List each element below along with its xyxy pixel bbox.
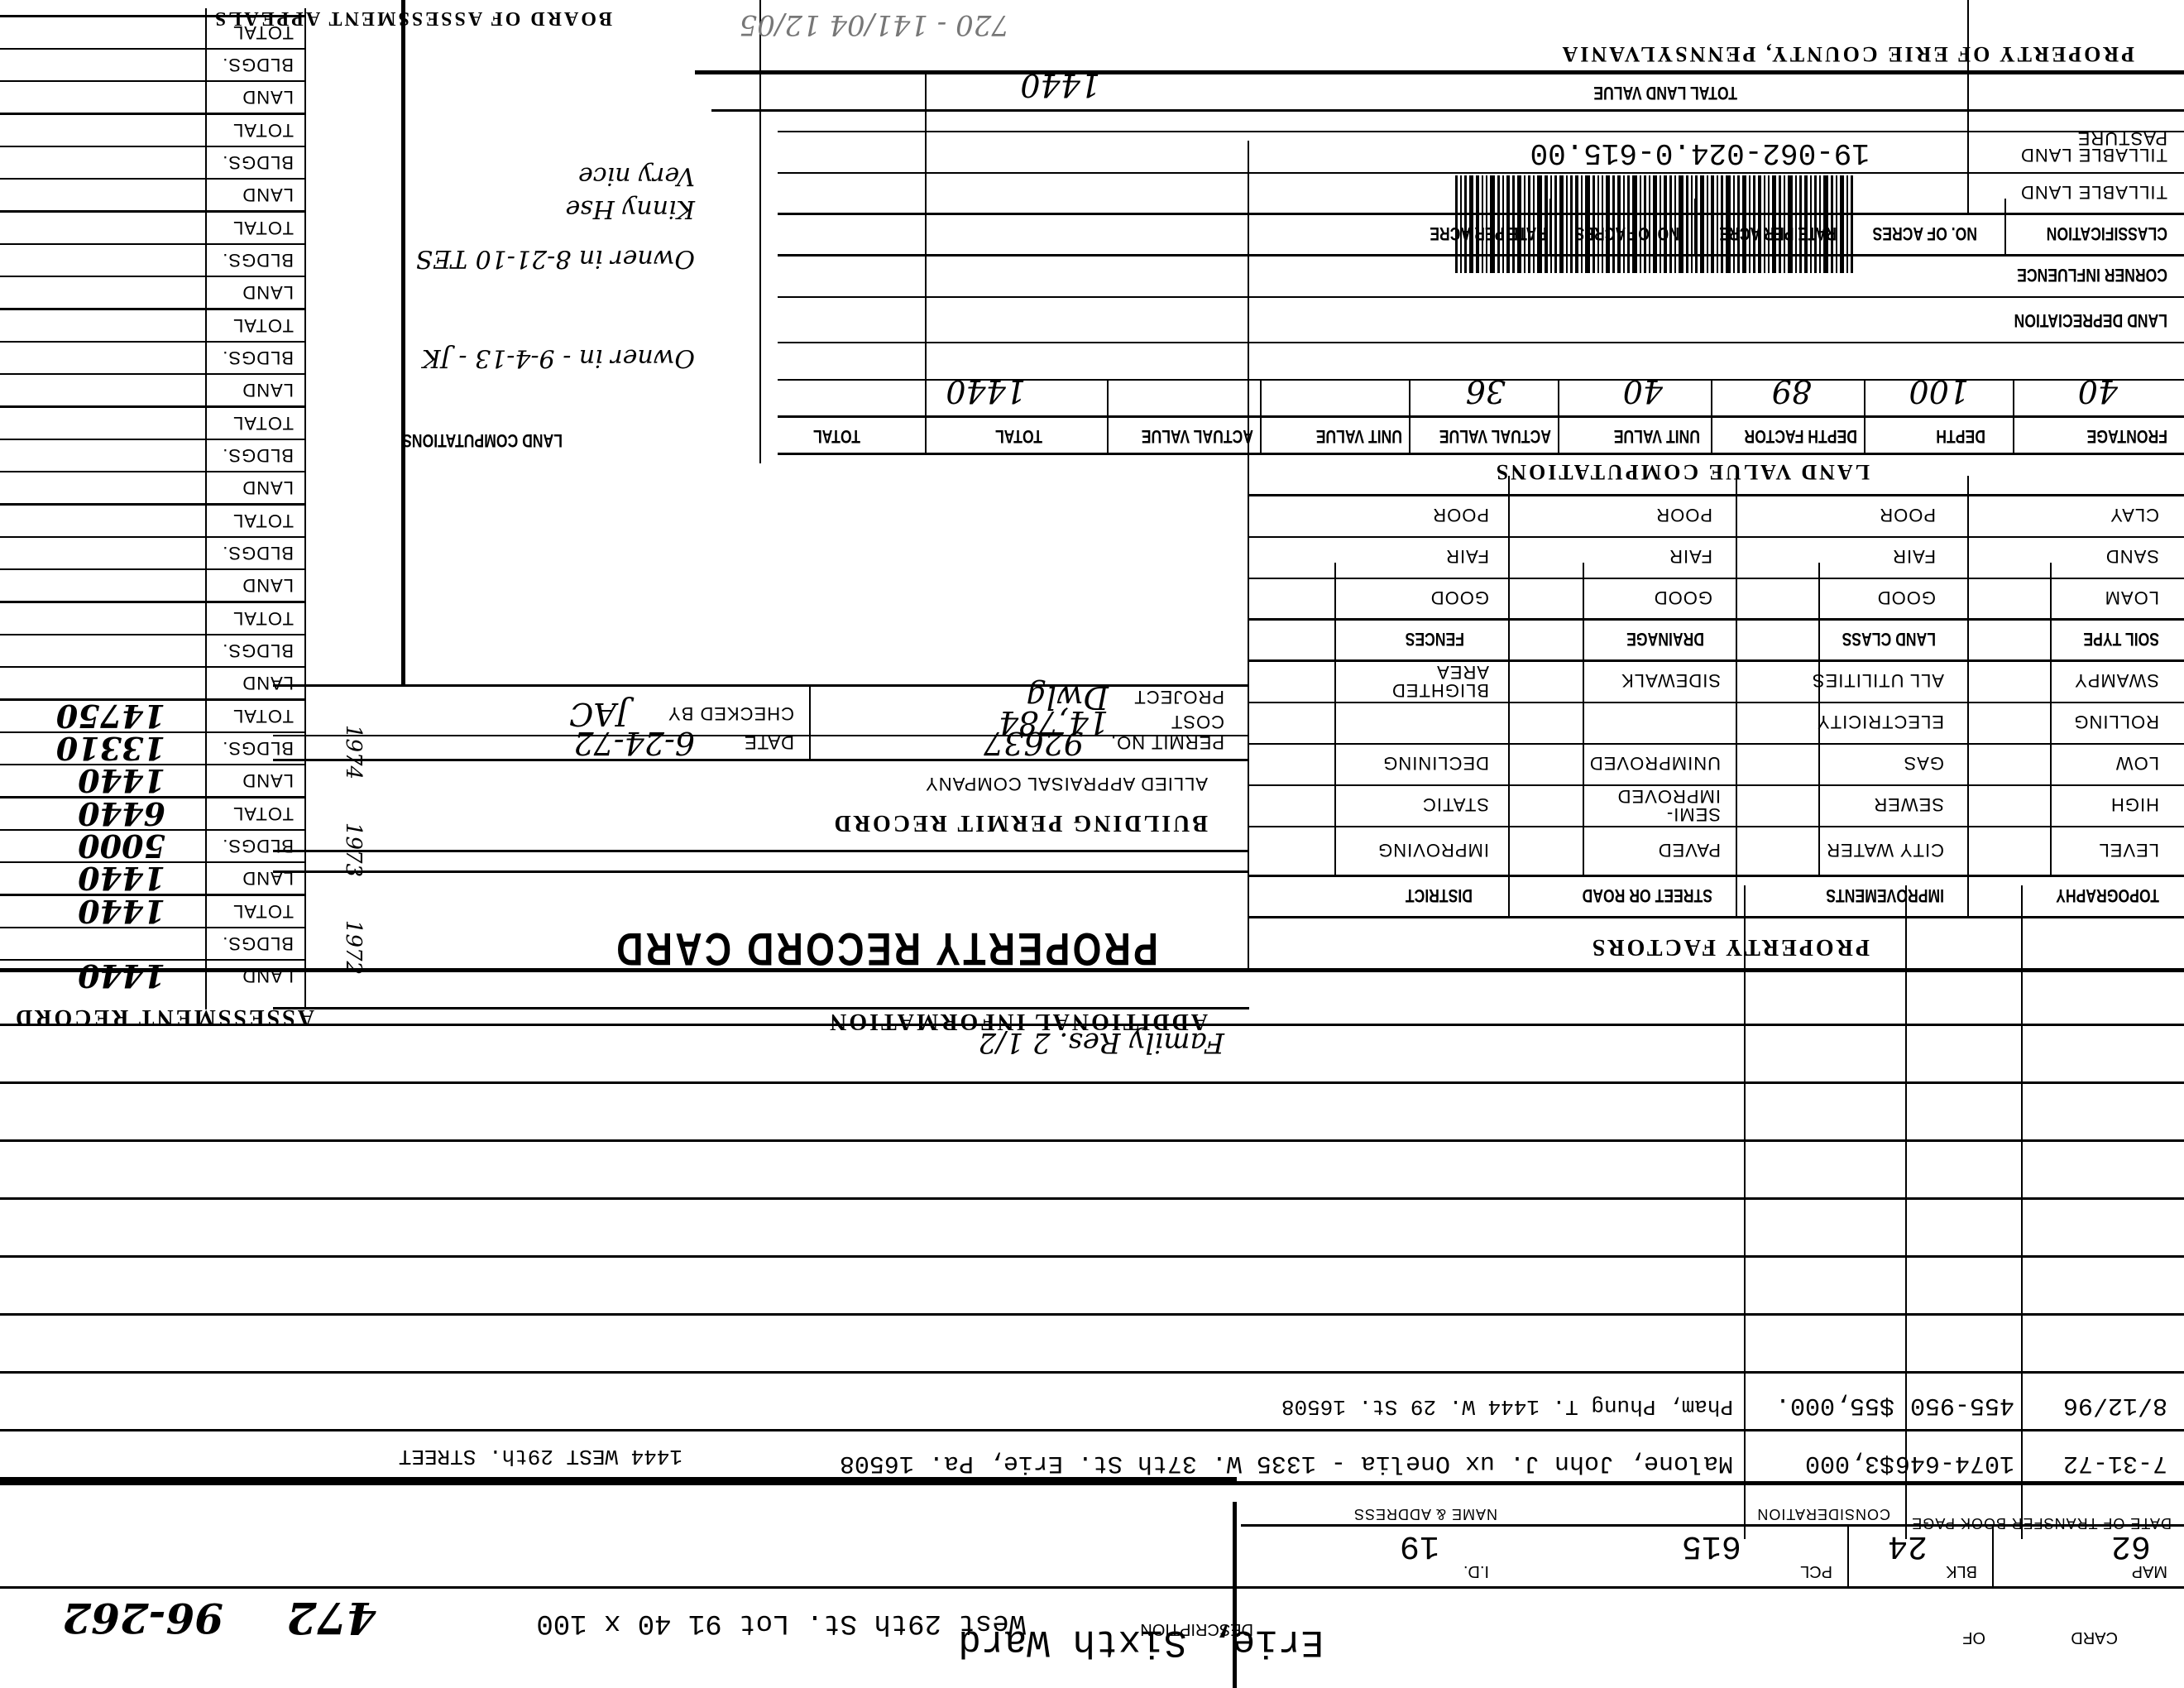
book-page-header: BOOK PAGE bbox=[1915, 1516, 2006, 1531]
corner-influence-label: CORNER INFLUENCE bbox=[2017, 264, 2167, 285]
land-note-2: Owner in 8-21-10 TES bbox=[416, 244, 695, 273]
additional-info-note: Family Res. 2 1/2 bbox=[979, 1026, 1225, 1059]
checked-by-label: CHECKED BY bbox=[668, 703, 794, 724]
district-header: DISTRICT bbox=[1406, 885, 1473, 906]
land-note-3: Kinny Hse bbox=[566, 194, 695, 223]
total-land-value-entry: 1440 bbox=[1020, 67, 1100, 103]
total-header-2: TOTAL bbox=[813, 425, 860, 447]
assessment-row-label: LAND bbox=[242, 672, 294, 693]
assessment-row-label: LAND bbox=[242, 770, 294, 791]
land-note-4: Very nice bbox=[578, 161, 695, 190]
pcl-label: PCL bbox=[1800, 1561, 1832, 1580]
record-card-title: PROPERTY RECORD CARD bbox=[614, 923, 1158, 976]
handwritten-96-262: 96-262 bbox=[62, 1594, 223, 1642]
cost-label: COST bbox=[1171, 711, 1224, 732]
map-value: 62 bbox=[2111, 1527, 2151, 1564]
assessment-row-label: LAND bbox=[242, 184, 294, 205]
checked-by-value: JAC bbox=[569, 696, 629, 732]
assessment-value: 1440 bbox=[78, 893, 165, 930]
id-label: I.D. bbox=[1463, 1561, 1489, 1580]
soil-type-header: SOIL TYPE bbox=[2083, 628, 2159, 650]
assessment-row-label: TOTAL bbox=[232, 705, 294, 727]
assessment-row-label: TOTAL bbox=[232, 22, 294, 43]
assessment-year-note: 1973 bbox=[341, 822, 366, 877]
assessment-value: 6440 bbox=[78, 795, 165, 832]
classification-header: CLASSIFICATION bbox=[2047, 223, 2167, 244]
assessment-row-label: TOTAL bbox=[232, 314, 294, 336]
assessment-row-label: LAND bbox=[242, 574, 294, 596]
assessment-row-label: TOTAL bbox=[232, 119, 294, 141]
drainage-header: DRAINAGE bbox=[1626, 628, 1704, 650]
assessment-value: 1440 bbox=[78, 957, 165, 995]
assessment-row-label: BLDGS. bbox=[222, 933, 294, 954]
property-record-card: CARD OF Erie, Sixth Ward DESCRIPTION Wes… bbox=[0, 0, 2184, 1688]
blk-label: BLK bbox=[1946, 1561, 1977, 1580]
street-road-header: STREET OR ROAD bbox=[1583, 885, 1712, 906]
actual-value-header: ACTUAL VALUE bbox=[1439, 425, 1551, 447]
assessment-row-label: BLDGS. bbox=[222, 151, 294, 173]
unit-value-header: UNIT VALUE bbox=[1614, 425, 1700, 447]
of-label: OF bbox=[1962, 1628, 1985, 1647]
assessment-row-label: LAND bbox=[242, 281, 294, 303]
assessment-row-label: TOTAL bbox=[232, 803, 294, 824]
project-label: PROJECT bbox=[1133, 686, 1224, 707]
assessment-row-label: BLDGS. bbox=[222, 444, 294, 466]
assessment-value: 1440 bbox=[78, 762, 165, 799]
assessment-row-label: LAND bbox=[242, 379, 294, 400]
assessment-row-label: LAND bbox=[242, 477, 294, 498]
assessment-value: 5000 bbox=[78, 827, 165, 865]
assessment-row-label: BLDGS. bbox=[222, 835, 294, 856]
land-depreciation-label: LAND DEPRECIATION bbox=[2014, 309, 2167, 331]
assessment-value: 1440 bbox=[78, 860, 165, 897]
assessment-row-label: TOTAL bbox=[232, 412, 294, 434]
assessment-value: 14750 bbox=[56, 698, 165, 735]
land-computations-title: LAND COMPUTATIONS bbox=[402, 429, 563, 451]
assessment-row-label: BLDGS. bbox=[222, 640, 294, 661]
land-class-header: LAND CLASS bbox=[1842, 628, 1936, 650]
total-header: TOTAL bbox=[995, 425, 1042, 447]
assessment-value: 13310 bbox=[56, 730, 165, 767]
assessment-row-label: BLDGS. bbox=[222, 347, 294, 368]
assessment-row-label: BLDGS. bbox=[222, 249, 294, 271]
assessment-row-label: TOTAL bbox=[232, 217, 294, 238]
assessment-row-label: TOTAL bbox=[232, 510, 294, 531]
assessment-record-title: ASSESSMENT RECORD bbox=[13, 1004, 314, 1030]
consideration-header: CONSIDERATION bbox=[1756, 1505, 1890, 1523]
header-handwritten-note: 720 - 141/04 12/05 bbox=[740, 8, 1009, 41]
property-factors-title: PROPERTY FACTORS bbox=[1590, 933, 1870, 960]
assessment-row-label: LAND bbox=[242, 965, 294, 986]
land-value-computations-title: LAND VALUE COMPUTATIONS bbox=[1494, 459, 1870, 484]
assessment-year-note: 1972 bbox=[341, 920, 366, 975]
assessment-year-note: 1974 bbox=[341, 725, 366, 779]
actual-value-header-2: ACTUAL VALUE bbox=[1142, 425, 1253, 447]
improvements-header: IMPROVEMENTS bbox=[1826, 885, 1944, 906]
total-land-value-label: TOTAL LAND VALUE bbox=[1593, 82, 1737, 103]
map-label: MAP bbox=[2132, 1561, 2167, 1580]
frontage-header: FRONTAGE bbox=[2087, 425, 2167, 447]
topography-header: TOPOGRAPHY bbox=[2056, 885, 2159, 906]
unit-value-header-2: UNIT VALUE bbox=[1316, 425, 1402, 447]
transfer-date-header: DATE OF TRANSFER bbox=[2031, 1516, 2172, 1531]
assessment-row-label: BLDGS. bbox=[222, 542, 294, 563]
assessment-row-label: LAND bbox=[242, 867, 294, 889]
description-value: West 29th St. Lot 91 40 x 100 bbox=[536, 1607, 1026, 1638]
barcode-text: 19-062-024.0-615.00 bbox=[1530, 136, 1870, 170]
assessment-row-label: TOTAL bbox=[232, 900, 294, 922]
acres-header: NO. OF ACRES bbox=[1873, 223, 1977, 244]
name-address-header: NAME & ADDRESS bbox=[1353, 1505, 1497, 1523]
depth-header: DEPTH bbox=[1936, 425, 1985, 447]
building-permit-title: BUILDING PERMIT RECORD bbox=[832, 809, 1208, 836]
barcode bbox=[1453, 175, 1853, 273]
land-note-1: Owner in - 9-4-13 - JK bbox=[422, 343, 695, 372]
assessment-row-label: TOTAL bbox=[232, 607, 294, 629]
tillable-land-label: TILLABLE LAND bbox=[2020, 181, 2167, 203]
assessment-row-label: LAND bbox=[242, 86, 294, 108]
fences-header: FENCES bbox=[1406, 628, 1464, 650]
depth-factor-header: DEPTH FACTOR bbox=[1744, 425, 1857, 447]
pcl-value: 615 bbox=[1682, 1527, 1741, 1564]
county-title: PROPERTY OF ERIE COUNTY, PENNSYLVANIA bbox=[1560, 41, 2134, 66]
assessment-row-label: BLDGS. bbox=[222, 737, 294, 759]
id-value: 19 bbox=[1400, 1527, 1439, 1564]
assessment-row-label: BLDGS. bbox=[222, 54, 294, 75]
handwritten-472: 472 bbox=[286, 1592, 376, 1642]
appraiser-label: ALLIED APPRAISAL COMPANY bbox=[925, 773, 1208, 794]
card-label: CARD bbox=[2071, 1628, 2118, 1647]
pasture-label: PASTURE bbox=[2077, 127, 2167, 149]
blk-value: 24 bbox=[1888, 1527, 1928, 1564]
